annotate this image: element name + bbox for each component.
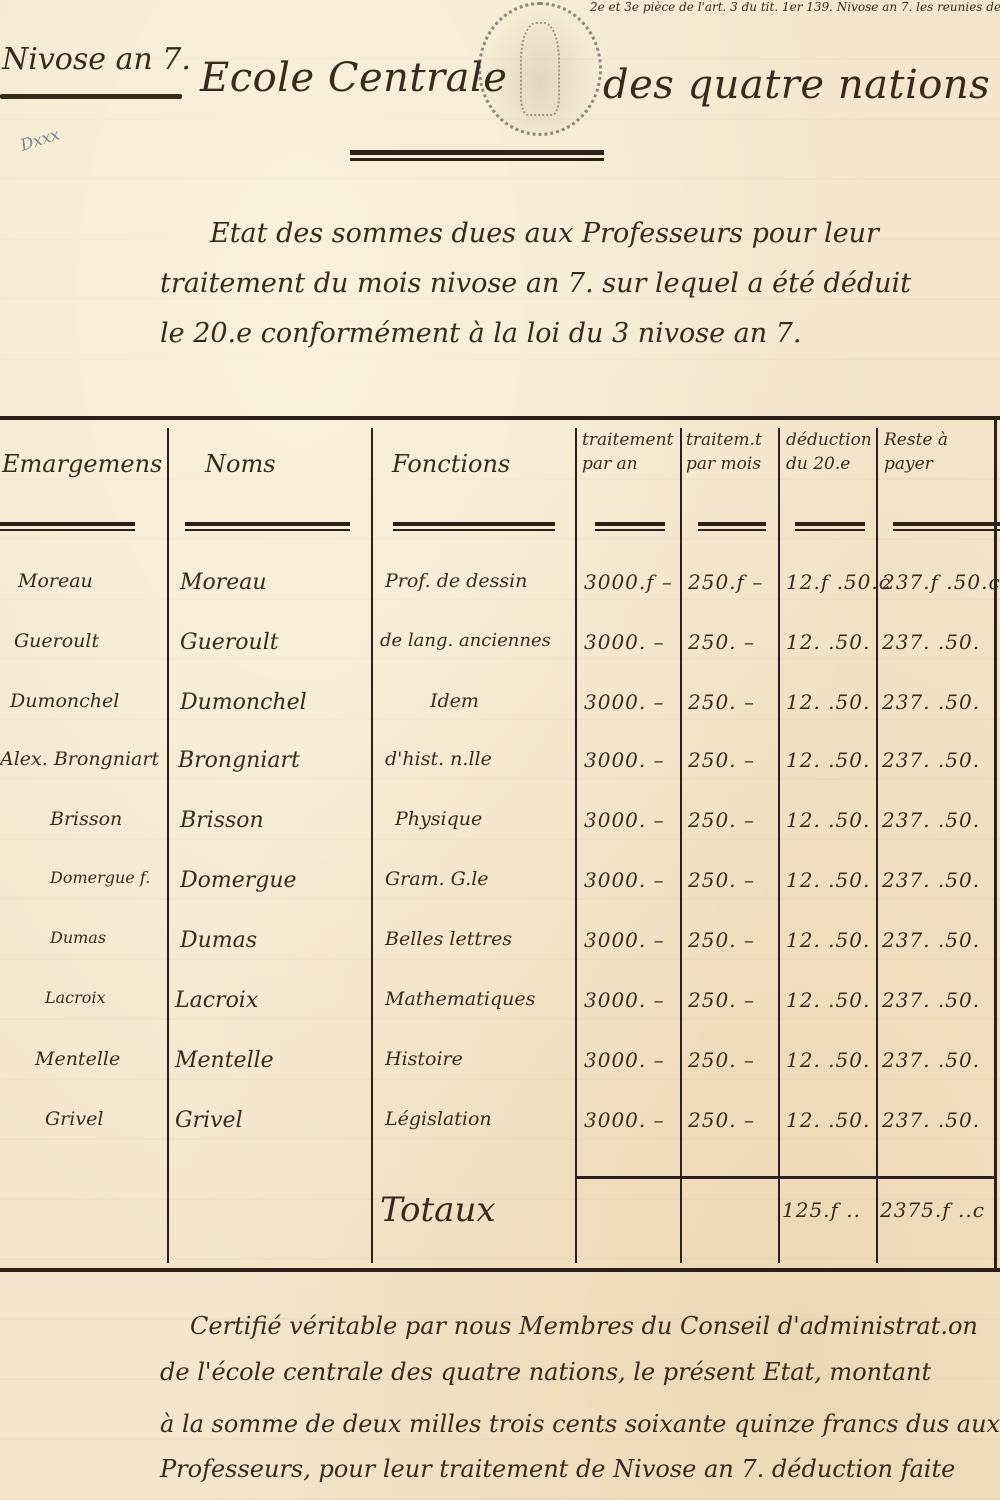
monthly-salary: 250.f – <box>688 570 763 594</box>
table-row: Mentelle Mentelle Histoire 3000. – 250. … <box>0 1040 1000 1100</box>
header-double-rule <box>795 522 865 526</box>
annual-salary: 3000. – <box>584 808 665 832</box>
signature: Mentelle <box>35 1048 120 1070</box>
document-date: Nivose an 7. <box>2 42 191 77</box>
table-row: Grivel Grivel Législation 3000. – 250. –… <box>0 1100 1000 1160</box>
column-header-names: Noms <box>205 452 276 476</box>
table-row: Dumonchel Dumonchel Idem 3000. – 250. – … <box>0 682 1000 742</box>
annual-salary: 3000. – <box>584 690 665 714</box>
signature: Domergue f. <box>50 868 150 887</box>
signature: Grivel <box>45 1108 103 1130</box>
column-header-deduction: déduction du 20.e <box>786 428 874 476</box>
deduction: 12. .50. <box>786 748 870 772</box>
signature: Dumas <box>50 928 106 947</box>
professor-function: Physique <box>395 808 482 830</box>
deduction: 12. .50. <box>786 868 870 892</box>
pencil-annotation: Dxxx <box>18 124 62 154</box>
table-row: Gueroult Gueroult de lang. anciennes 300… <box>0 622 1000 682</box>
deduction: 12. .50. <box>786 808 870 832</box>
page-title-continued: des quatre nations <box>603 62 990 108</box>
total-remaining: 2375.f ..c <box>880 1198 985 1222</box>
professor-name: Dumas <box>180 928 257 953</box>
header-double-rule <box>893 522 1000 526</box>
deduction: 12. .50. <box>786 928 870 952</box>
professor-name: Domergue <box>180 868 297 893</box>
annual-salary: 3000.f – <box>584 570 673 594</box>
professor-name: Brongniart <box>178 748 300 773</box>
professor-function: Prof. de dessin <box>385 570 527 592</box>
intro-line: le 20.e conformément à la loi du 3 nivos… <box>160 318 802 349</box>
total-deduction: 125.f .. <box>782 1198 861 1222</box>
deduction: 12. .50. <box>786 630 870 654</box>
monthly-salary: 250. – <box>688 868 755 892</box>
remaining: 237.f .50.c <box>882 570 1000 594</box>
professor-name: Gueroult <box>180 630 279 655</box>
monthly-salary: 250. – <box>688 748 755 772</box>
remaining: 237. .50. <box>882 988 980 1012</box>
header-double-rule <box>393 522 555 526</box>
column-header-monthly: traitem.t par mois <box>686 428 776 476</box>
remaining: 237. .50. <box>882 630 980 654</box>
signature: Brisson <box>50 808 122 830</box>
professor-name: Dumonchel <box>180 690 307 715</box>
signature: Moreau <box>18 570 93 592</box>
professor-name: Grivel <box>175 1108 243 1133</box>
certification-line: Certifié véritable par nous Membres du C… <box>190 1312 978 1340</box>
date-underline <box>0 94 182 99</box>
title-rule <box>350 150 604 155</box>
totals-label: Totaux <box>380 1190 496 1230</box>
monthly-salary: 250. – <box>688 690 755 714</box>
annual-salary: 3000. – <box>584 868 665 892</box>
signature: Gueroult <box>14 630 99 652</box>
remaining: 237. .50. <box>882 1048 980 1072</box>
deduction: 12. .50. <box>786 1048 870 1072</box>
header-double-rule <box>0 522 135 526</box>
title-rule <box>350 158 604 161</box>
column-header-annual: traitement par an <box>582 428 678 476</box>
professor-name: Moreau <box>180 570 267 595</box>
header-double-rule <box>698 522 766 526</box>
remaining: 237. .50. <box>882 868 980 892</box>
totals-rule <box>575 1176 995 1179</box>
column-header-signatures: Emargemens <box>2 452 162 476</box>
column-header-remaining: Reste à payer <box>884 428 984 476</box>
monthly-salary: 250. – <box>688 808 755 832</box>
remaining: 237. .50. <box>882 928 980 952</box>
professor-function: Gram. G.le <box>385 868 489 890</box>
signature: Alex. Brongniart <box>0 748 159 770</box>
header-double-rule <box>595 522 665 526</box>
certification-line: de l'école centrale des quatre nations, … <box>160 1358 931 1386</box>
annual-salary: 3000. – <box>584 928 665 952</box>
table-bottom-rule <box>0 1268 1000 1272</box>
column-header-functions: Fonctions <box>392 452 510 476</box>
annual-salary: 3000. – <box>584 1048 665 1072</box>
professor-name: Brisson <box>180 808 264 833</box>
table-row: Brisson Brisson Physique 3000. – 250. – … <box>0 800 1000 860</box>
intro-line: traitement du mois nivose an 7. sur lequ… <box>160 268 911 299</box>
monthly-salary: 250. – <box>688 988 755 1012</box>
monthly-salary: 250. – <box>688 1108 755 1132</box>
remaining: 237. .50. <box>882 1108 980 1132</box>
monthly-salary: 250. – <box>688 630 755 654</box>
annual-salary: 3000. – <box>584 630 665 654</box>
professor-function: Histoire <box>385 1048 463 1070</box>
deduction: 12. .50. <box>786 988 870 1012</box>
professor-function: de lang. anciennes <box>380 630 551 651</box>
seal-figure-icon <box>520 22 560 116</box>
professor-name: Mentelle <box>175 1048 274 1073</box>
annual-salary: 3000. – <box>584 1108 665 1132</box>
annual-salary: 3000. – <box>584 748 665 772</box>
monthly-salary: 250. – <box>688 928 755 952</box>
certification-line: Professeurs, pour leur traitement de Niv… <box>160 1455 955 1483</box>
remaining: 237. .50. <box>882 690 980 714</box>
professor-function: Mathematiques <box>385 988 535 1010</box>
table-row: Lacroix Lacroix Mathematiques 3000. – 25… <box>0 980 1000 1040</box>
table-row: Alex. Brongniart Brongniart d'hist. n.ll… <box>0 740 1000 800</box>
table-row: Domergue f. Domergue Gram. G.le 3000. – … <box>0 860 1000 920</box>
marginal-note: 2e et 3e pièce de l'art. 3 du tit. 1er 1… <box>590 0 1000 14</box>
table-row: Moreau Moreau Prof. de dessin 3000.f – 2… <box>0 562 1000 622</box>
professor-function: d'hist. n.lle <box>385 748 492 770</box>
table-top-rule <box>0 416 1000 420</box>
professor-function: Législation <box>385 1108 492 1130</box>
page-title: Ecole Centrale <box>200 55 507 101</box>
table-row: Dumas Dumas Belles lettres 3000. – 250. … <box>0 920 1000 980</box>
signature: Dumonchel <box>10 690 119 712</box>
deduction: 12. .50. <box>786 690 870 714</box>
remaining: 237. .50. <box>882 808 980 832</box>
remaining: 237. .50. <box>882 748 980 772</box>
header-double-rule <box>185 522 350 526</box>
deduction: 12.f .50.c <box>786 570 891 594</box>
annual-salary: 3000. – <box>584 988 665 1012</box>
professor-name: Lacroix <box>175 988 258 1013</box>
professor-function: Belles lettres <box>385 928 512 950</box>
signature: Lacroix <box>45 988 106 1007</box>
monthly-salary: 250. – <box>688 1048 755 1072</box>
certification-line: à la somme de deux milles trois cents so… <box>160 1410 1000 1438</box>
intro-line: Etat des sommes dues aux Professeurs pou… <box>210 218 879 249</box>
professor-function: Idem <box>430 690 479 712</box>
deduction: 12. .50. <box>786 1108 870 1132</box>
